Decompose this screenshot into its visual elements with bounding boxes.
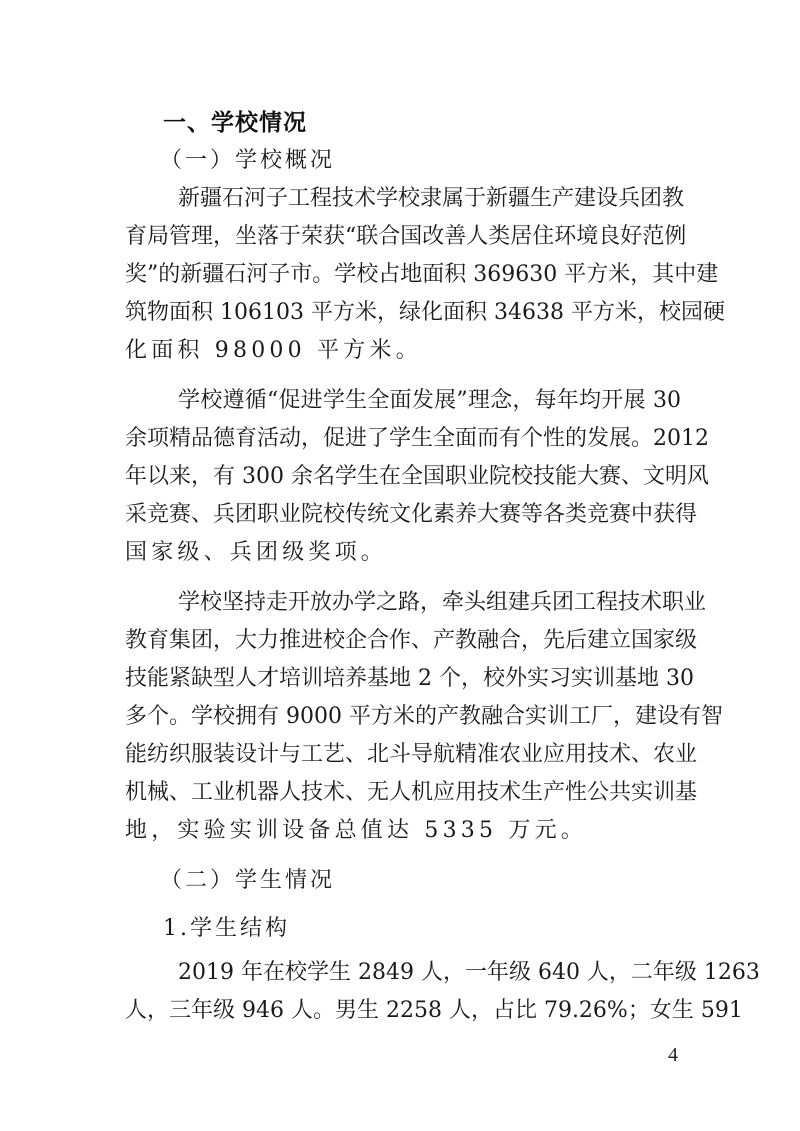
heading-school-overview: （一）学校概况 xyxy=(160,142,335,180)
paragraph-line: 余项精品德育活动，促进了学生全面而有个性的发展。2012 xyxy=(125,420,681,458)
paragraph-line: 地，实验实训设备总值达 5335 万元。 xyxy=(125,812,681,850)
paragraph-line: 化面积 98000 平方米。 xyxy=(125,332,681,370)
paragraph-line: 能纺织服装设计与工艺、北斗导航精准农业应用技术、农业 xyxy=(125,736,681,774)
paragraph-line: 多个。学校拥有 9000 平方米的产教融合实训工厂，建设有智 xyxy=(125,698,681,736)
heading-student-structure: 1.学生结构 xyxy=(163,910,290,948)
paragraph-line: 机械、工业机器人技术、无人机应用技术生产性公共实训基 xyxy=(125,774,681,812)
paragraph-line: 技能紧缺型人才培训培养基地 2 个，校外实习实训基地 30 xyxy=(125,660,681,698)
paragraph-line: 人，三年级 946 人。男生 2258 人，占比 79.26%；女生 591 xyxy=(125,992,681,1030)
paragraph-line: 奖”的新疆石河子市。学校占地面积 369630 平方米，其中建 xyxy=(125,256,681,294)
paragraph-line: 学校坚持走开放办学之路，牵头组建兵团工程技术职业 xyxy=(178,584,681,622)
heading-student-situation: （二）学生情况 xyxy=(160,862,335,900)
paragraph-line: 育局管理，坐落于荣获“联合国改善人类居住环境良好范例 xyxy=(125,218,681,256)
paragraph-line: 新疆石河子工程技术学校隶属于新疆生产建设兵团教 xyxy=(178,180,681,218)
heading-school-situation: 一、学校情况 xyxy=(163,104,307,142)
paragraph-line: 采竞赛、兵团职业院校传统文化素养大赛等各类竞赛中获得 xyxy=(125,496,681,534)
paragraph-line: 年以来，有 300 余名学生在全国职业院校技能大赛、文明风 xyxy=(125,458,681,496)
paragraph-line: 教育集团，大力推进校企合作、产教融合，先后建立国家级 xyxy=(125,622,681,660)
paragraph-line: 学校遵循“促进学生全面发展”理念，每年均开展 30 xyxy=(178,382,681,420)
paragraph-line: 国家级、兵团级奖项。 xyxy=(125,534,681,572)
document-page: 一、学校情况 （一）学校概况 新疆石河子工程技术学校隶属于新疆生产建设兵团教 育… xyxy=(0,0,800,1131)
paragraph-line: 筑物面积 106103 平方米，绿化面积 34638 平方米，校园硬 xyxy=(125,294,681,332)
page-number: 4 xyxy=(668,1044,678,1067)
paragraph-line: 2019 年在校学生 2849 人，一年级 640 人，二年级 1263 xyxy=(178,954,681,992)
